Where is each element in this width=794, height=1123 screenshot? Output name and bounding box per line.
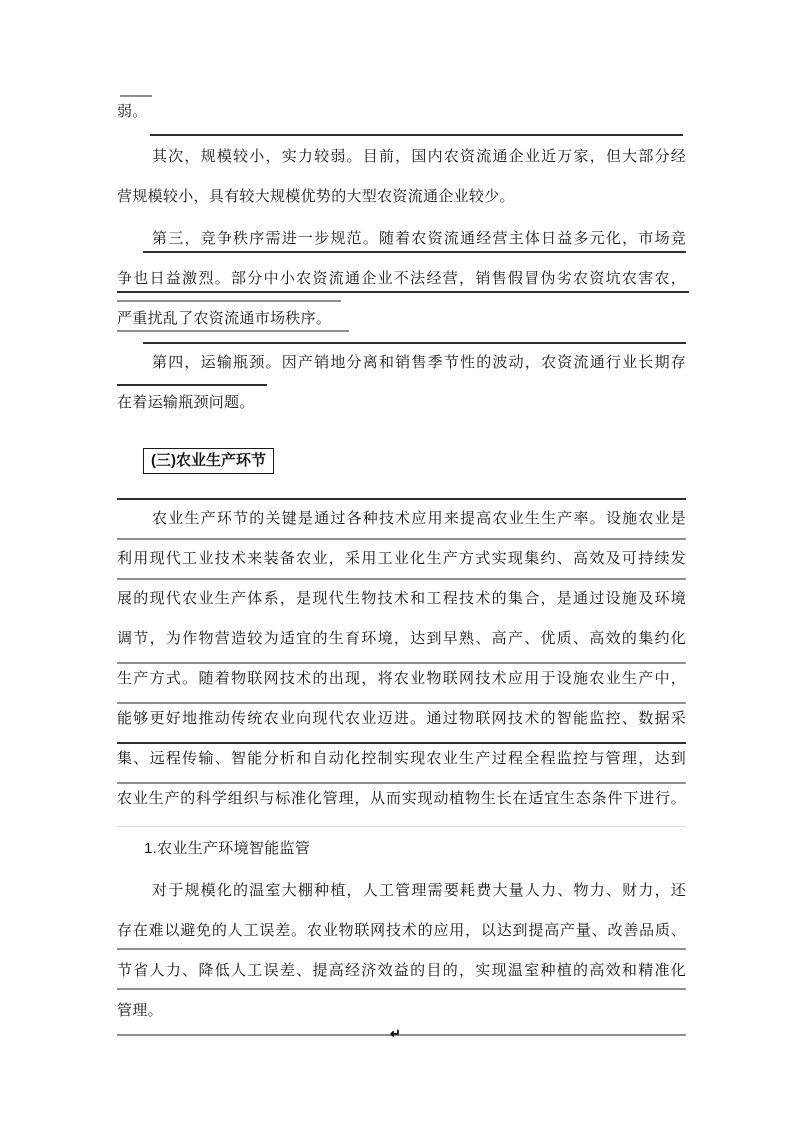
rule: [117, 538, 686, 540]
para-facility-line-2: 利用现代工业技术来装备农业，采用工业化生产方式实现集约、高效及可持续发: [117, 548, 686, 569]
para-third-line-3: 严重扰乱了农资流通市场秩序。: [117, 308, 331, 329]
rule: [117, 330, 349, 332]
para-greenhouse-line-2: 存在难以避免的人工误差。农业物联网技术的应用，以达到提高产量、改善品质、: [117, 920, 686, 941]
rule: [117, 384, 267, 386]
rule: [117, 1034, 686, 1036]
rule: [120, 95, 152, 97]
rule: [117, 782, 686, 784]
document-page: 弱。 其次，规模较小，实力较弱。目前，国内农资流通企业近万家，但大部分经 营规模…: [0, 0, 794, 1123]
para-facility-line-3: 展的现代农业生产体系，是现代生物技术和工程技术的集合，是通过设施及环境: [117, 588, 686, 609]
para-greenhouse-line-1: 对于规模化的温室大棚种植，人工管理需要耗费大量人力、物力、财力，还: [152, 880, 686, 901]
para-greenhouse-line-3: 节省人力、降低人工误差、提高经济效益的目的，实现温室种植的高效和精准化: [117, 960, 686, 981]
rule: [117, 300, 341, 302]
rule: [117, 291, 689, 293]
sub-heading: 1.农业生产环境智能监管: [144, 838, 310, 859]
rule: [117, 826, 686, 827]
para-greenhouse-line-4: 管理。: [117, 1000, 163, 1021]
para-facility-line-6: 能够更好地推动传统农业向现代农业迈进。通过物联网技术的智能监控、数据采: [117, 708, 686, 729]
rule: [143, 342, 686, 344]
para-facility-line-4: 调节，为作物营造较为适宜的生育环境，达到早熟、高产、优质、高效的集约化: [117, 628, 686, 649]
para-second-line-2: 营规模较小，具有较大规模优势的大型农资流通企业较少。: [117, 186, 515, 207]
rule: [117, 578, 686, 580]
rule: [150, 134, 683, 136]
para-facility-line-8: 农业生产的科学组织与标准化管理，从而实现动植物生长在适宜生态条件下进行。: [117, 788, 686, 809]
para-facility-line-7: 集、远程传输、智能分析和自动化控制实现农业生产过程全程监控与管理，达到: [117, 748, 686, 769]
rule: [117, 742, 686, 744]
para-third-line-1: 第三，竞争秩序需进一步规范。随着农资流通经营主体日益多元化，市场竞: [152, 228, 686, 249]
para-facility-line-5: 生产方式。随着物联网技术的出现，将农业物联网技术应用于设施农业生产中，: [117, 668, 686, 689]
rule: [117, 988, 686, 990]
rule: [143, 251, 686, 253]
section-heading-text: (三)农业生产环节: [151, 452, 266, 469]
section-heading: (三)农业生产环节: [143, 448, 274, 474]
rule: [117, 702, 686, 704]
rule: [117, 662, 686, 664]
para-facility-line-1: 农业生产环节的关键是通过各种技术应用来提高农业生生产率。设施农业是: [152, 508, 686, 529]
return-mark-icon: ↵: [390, 1027, 401, 1040]
carryover-line: 弱。: [117, 101, 148, 122]
para-fourth-line-1: 第四，运输瓶颈。因产销地分离和销售季节性的波动，农资流通行业长期存: [152, 352, 686, 373]
para-third-line-2: 争也日益激烈。部分中小农资流通企业不法经营，销售假冒伪劣农资坑农害农，: [117, 268, 686, 289]
para-second-line-1: 其次，规模较小，实力较弱。目前，国内农资流通企业近万家，但大部分经: [152, 146, 686, 167]
rule: [117, 498, 686, 500]
para-fourth-line-2: 在着运输瓶颈问题。: [117, 392, 255, 413]
rule: [117, 948, 686, 950]
